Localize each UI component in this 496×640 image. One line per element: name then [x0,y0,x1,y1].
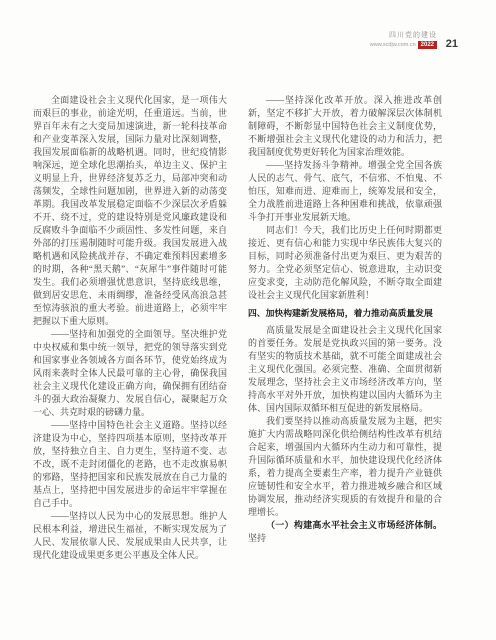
magazine-title: 四川党的建设 [389,30,437,40]
paragraph-high-quality-development: 高质量发展是全面建设社会主义现代化国家的首要任务。发展是党执政兴国的第一要务。没… [248,324,442,415]
magazine-page: 四川党的建设 www.scdjw.com.cn 2022 21 全面建设社会主义… [0,0,496,640]
year-badge: 2022 [418,41,437,49]
page-header: www.scdjw.com.cn 2022 [370,41,437,49]
paragraph-principle-party-leadership: ——坚持和加强党的全面领导。坚决维护党中央权威和集中统一领导，把党的领导落实到党… [33,328,227,419]
text-column-right: ——坚持深化改革开放。深入推进改革创新，坚定不移扩大开放，着力破解深层次体制机制… [248,94,442,545]
paragraph-intro: 全面建设社会主义现代化国家，是一项伟大而艰巨的事业，前途光明，任重道远。当前，世… [33,94,227,328]
paragraph-comrades-call: 同志们！今天，我们比历史上任何时期都更接近、更有信心和能力实现中华民族伟大复兴的… [248,224,442,302]
subsection-body-start: 坚持 [248,533,266,543]
text-column-left: 全面建设社会主义现代化国家，是一项伟大而艰巨的事业，前途光明，任重道远。当前，世… [33,94,227,562]
paragraph-principle-struggle-spirit: ——坚持发扬斗争精神。增强全党全国各族人民的志气、骨气、底气，不信邪、不怕鬼、不… [248,159,442,224]
paragraph-principle-reform-opening: ——坚持深化改革开放。深入推进改革创新，坚定不移扩大开放，着力破解深层次体制机制… [248,94,442,159]
subsection-heading-inline: （一）构建高水平社会主义市场经济体制。 [266,520,442,530]
paragraph-new-development-pattern: 我们要坚持以推动高质量发展为主题，把实施扩大内需战略同深化供给侧结构性改革有机结… [248,415,442,519]
section-heading-part-four: 四、加快构建新发展格局，着力推动高质量发展 [248,307,442,320]
paragraph-principle-people-centered: ——坚持以人民为中心的发展思想。维护人民根本利益，增进民生福祉，不断实现发展为了… [33,510,227,562]
magazine-website: www.scdjw.com.cn [370,42,416,48]
page-number: 21 [446,38,458,50]
paragraph-market-economy-system: （一）构建高水平社会主义市场经济体制。坚持 [248,519,442,545]
paragraph-principle-chinese-path: ——坚持中国特色社会主义道路。坚持以经济建设为中心，坚持四项基本原则，坚持改革开… [33,419,227,510]
